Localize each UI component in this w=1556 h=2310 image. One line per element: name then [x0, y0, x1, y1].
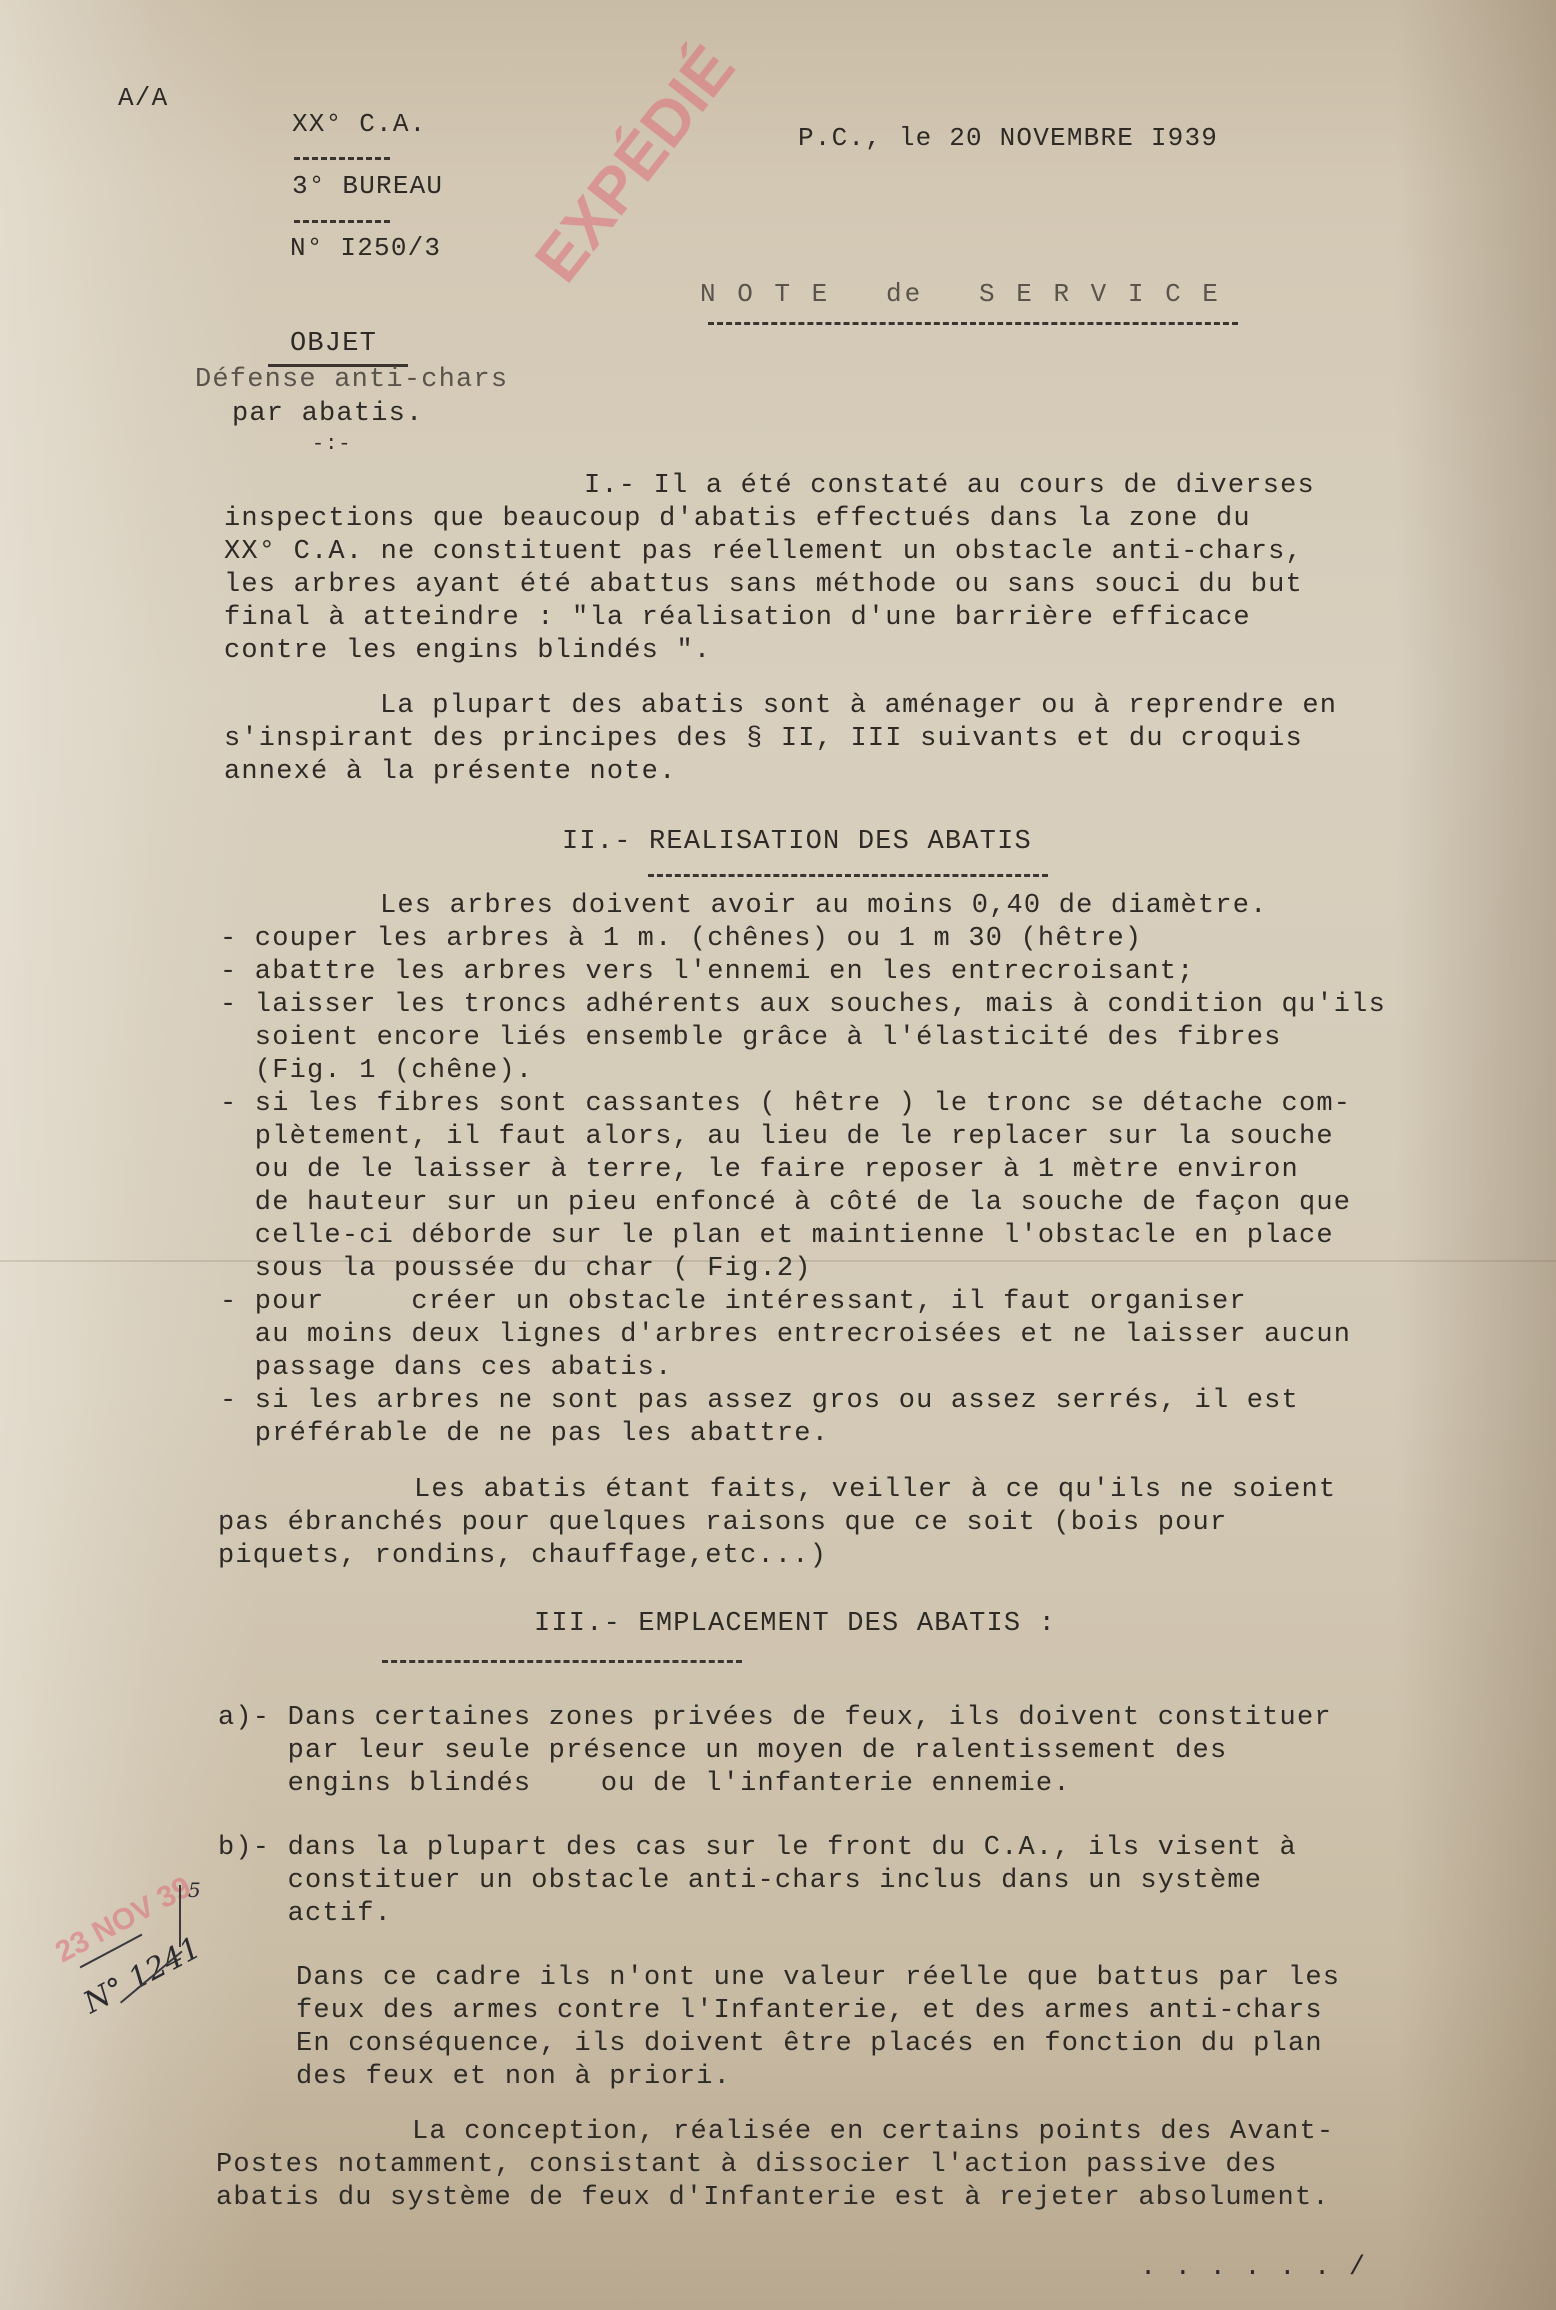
text-line: annexé à la présente note.	[224, 756, 1337, 789]
document-number: N° I250/3	[290, 232, 441, 265]
bullet-line: - abattre les arbres vers l'ennemi en le…	[220, 956, 1386, 989]
section-2-closing: Les abatis étant faits, veiller à ce qu'…	[218, 1474, 1336, 1573]
section-2-heading-rule	[648, 874, 1048, 877]
bullet-line: préférable de ne pas les abattre.	[220, 1418, 1386, 1451]
red-diagonal-stamp: EXPÉDIÉ	[520, 31, 749, 295]
corps-designation: XX° C.A.	[292, 108, 426, 141]
objet-line-1: Défense anti-chars	[195, 364, 508, 397]
section-2-intro: Les arbres doivent avoir au moins 0,40 d…	[220, 890, 1386, 923]
bullet-line: passage dans ces abatis.	[220, 1352, 1386, 1385]
text-line: contre les engins blindés ".	[224, 635, 1315, 668]
bullet-line: soient encore liés ensemble grâce à l'él…	[220, 1022, 1386, 1055]
text-line: les arbres ayant été abattus sans méthod…	[224, 569, 1315, 602]
text-line: La conception, réalisée en certains poin…	[216, 2116, 1334, 2149]
text-line: a)- Dans certaines zones privées de feux…	[218, 1702, 1332, 1735]
text-line: engins blindés ou de l'infanterie ennemi…	[218, 1768, 1332, 1801]
section-3-item-b: b)- dans la plupart des cas sur le front…	[218, 1832, 1297, 1931]
bullet-line: au moins deux lignes d'arbres entrecrois…	[220, 1319, 1386, 1352]
copy-mark: A/A	[118, 82, 168, 115]
text-line: pas ébranchés pour quelques raisons que …	[218, 1507, 1336, 1540]
section-1-paragraph-2: La plupart des abatis sont à aménager ou…	[224, 690, 1337, 789]
text-line: Dans ce cadre ils n'ont une valeur réell…	[296, 1962, 1340, 1995]
title-divider	[708, 322, 1238, 325]
objet-label: OBJET	[290, 328, 377, 361]
bullet-line: de hauteur sur un pieu enfoncé à côté de…	[220, 1187, 1386, 1220]
text-line: b)- dans la plupart des cas sur le front…	[218, 1832, 1297, 1865]
bullet-line: - couper les arbres à 1 m. (chênes) ou 1…	[220, 923, 1386, 956]
text-line: XX° C.A. ne constituent pas réellement u…	[224, 536, 1315, 569]
text-line: I.- Il a été constaté au cours de divers…	[224, 470, 1315, 503]
text-line: En conséquence, ils doivent être placés …	[296, 2028, 1340, 2061]
objet-line-2: par abatis.	[232, 398, 423, 431]
bullet-line: (Fig. 1 (chêne).	[220, 1055, 1386, 1088]
handwritten-suffix: 5	[188, 1878, 201, 1902]
bullet-line: celle-ci déborde sur le plan et maintien…	[220, 1220, 1386, 1253]
text-line: des feux et non à priori.	[296, 2061, 1340, 2094]
header-divider-2	[294, 220, 390, 223]
handwritten-divider	[179, 1885, 181, 1947]
text-line: s'inspirant des principes des § II, III …	[224, 723, 1337, 756]
paper-shadow-edge	[1396, 0, 1556, 2310]
header-divider-1	[294, 157, 390, 160]
place-and-date: P.C., le 20 NOVEMBRE I939	[798, 122, 1218, 155]
section-2-heading: II.- REALISATION DES ABATIS	[562, 826, 1032, 859]
text-line: piquets, rondins, chauffage,etc...)	[218, 1540, 1336, 1573]
text-line: abatis du système de feux d'Infanterie e…	[216, 2182, 1334, 2215]
section-2-body: Les arbres doivent avoir au moins 0,40 d…	[220, 890, 1386, 1451]
bullet-line: - si les fibres sont cassantes ( hêtre )…	[220, 1088, 1386, 1121]
text-line: inspections que beaucoup d'abatis effect…	[224, 503, 1315, 536]
bullet-line: - si les arbres ne sont pas assez gros o…	[220, 1385, 1386, 1418]
section-3-item-b-detail: Dans ce cadre ils n'ont une valeur réell…	[296, 1962, 1340, 2094]
text-line: actif.	[218, 1898, 1297, 1931]
text-line: par leur seule présence un moyen de rale…	[218, 1735, 1332, 1768]
text-line: La plupart des abatis sont à aménager ou…	[224, 690, 1337, 723]
text-line: feux des armes contre l'Infanterie, et d…	[296, 1995, 1340, 2028]
bureau-label: 3° BUREAU	[292, 170, 443, 203]
bullet-line: ou de le laisser à terre, le faire repos…	[220, 1154, 1386, 1187]
section-1-paragraph-1: I.- Il a été constaté au cours de divers…	[224, 470, 1315, 668]
text-line: constituer un obstacle anti-chars inclus…	[218, 1865, 1297, 1898]
section-3-heading: III.- EMPLACEMENT DES ABATIS :	[534, 1608, 1056, 1641]
bullet-line: sous la poussée du char ( Fig.2)	[220, 1253, 1386, 1286]
text-line: Les abatis étant faits, veiller à ce qu'…	[218, 1474, 1336, 1507]
section-3-conception: La conception, réalisée en certains poin…	[216, 2116, 1334, 2215]
bullet-line: - pour créer un obstacle intéressant, il…	[220, 1286, 1386, 1319]
text-line: Postes notamment, consistant à dissocier…	[216, 2149, 1334, 2182]
objet-separator: -:-	[312, 428, 352, 461]
section-3-heading-rule	[382, 1660, 742, 1663]
bullet-line: plètement, il faut alors, au lieu de le …	[220, 1121, 1386, 1154]
document-title: N O T E de S E R V I C E	[700, 278, 1221, 311]
text-line: final à atteindre : "la réalisation d'un…	[224, 602, 1315, 635]
section-3-item-a: a)- Dans certaines zones privées de feux…	[218, 1702, 1332, 1801]
continuation-mark: . . . . . . /	[1140, 2252, 1366, 2285]
bullet-line: - laisser les troncs adhérents aux souch…	[220, 989, 1386, 1022]
